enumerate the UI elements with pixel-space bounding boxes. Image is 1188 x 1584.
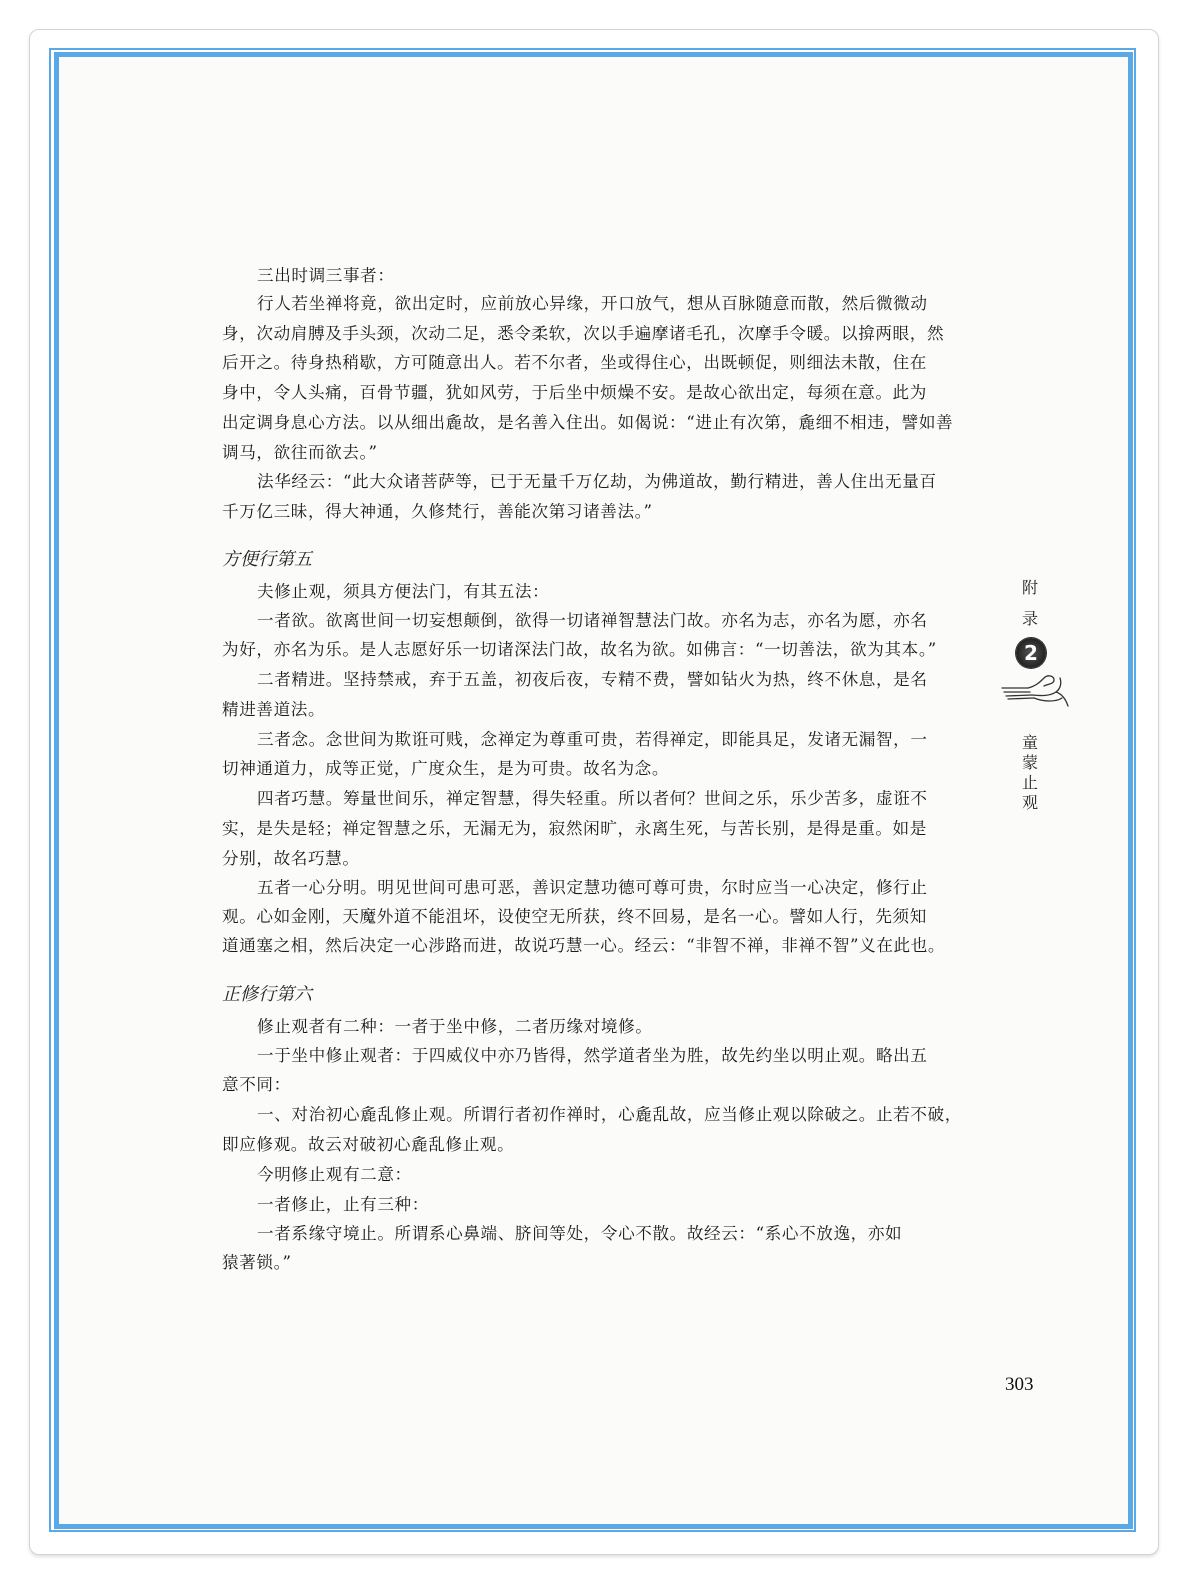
text-line: 猿著锁。” [222, 1252, 982, 1274]
text-line: 千万亿三昧，得大神通，久修梵行，善能次第习诸善法。” [222, 501, 982, 523]
text-line: 分别，故名巧慧。 [222, 848, 982, 870]
text-line: 身，次动肩膊及手头颈，次动二足，悉令柔软，次以手遍摩诸毛孔，次摩手令暖。以揜两眼… [222, 323, 982, 345]
page-number: 303 [1005, 1374, 1034, 1396]
text-line: 四者巧慧。筹量世间乐，禅定智慧，得失轻重。所以者何？世间之乐，乐少苦多，虚诳不 [257, 788, 1017, 810]
text-line: 行人若坐禅将竟，欲出定时，应前放心异缘，开口放气，想从百脉随意而散，然后微微动 [257, 293, 1017, 315]
open-hand-icon [998, 668, 1072, 708]
text-line: 为好，亦名为乐。是人志愿好乐一切诸深法门故，故名为欲。如佛言：“一切善法，欲为其… [222, 639, 982, 661]
text-line: 一于坐中修止观者：于四威仪中亦乃皆得，然学道者坐为胜，故先约坐以明止观。略出五 [257, 1045, 1017, 1067]
section-heading: 方便行第五 [222, 548, 312, 572]
text-line: 一者欲。欲离世间一切妄想颠倒，欲得一切诸禅智慧法门故。亦名为志，亦名为愿，亦名 [257, 610, 1017, 632]
text-line: 三出时调三事者： [257, 265, 1017, 287]
text-line: 精进善道法。 [222, 699, 982, 721]
side-tab-label-1: 附 [1015, 575, 1045, 598]
text-line: 一、对治初心麁乱修止观。所谓行者初作禅时，心麁乱故，应当修止观以除破之。止若不破… [257, 1104, 1017, 1126]
text-line: 三者念。念世间为欺诳可贱，念禅定为尊重可贵，若得禅定，即能具足，发诸无漏智，一 [257, 729, 1017, 751]
book-title-char: 观 [1015, 790, 1045, 813]
text-line: 后开之。待身热稍歇，方可随意出人。若不尔者，坐或得住心，出既顿促，则细法未散，住… [222, 352, 982, 374]
text-line: 出定调身息心方法。以从细出麁故，是名善入住出。如偈说：“进止有次第，麁细不相违，… [222, 412, 982, 434]
side-tab-label-2: 录 [1015, 606, 1045, 629]
text-line: 二者精进。坚持禁戒，弃于五盖，初夜后夜，专精不费，譬如钻火为热，终不休息，是名 [257, 669, 1017, 691]
text-line: 身中，令人头痛，百骨节疆，犹如风劳，于后坐中烦燥不安。是故心欲出定，每须在意。此… [222, 382, 982, 404]
text-line: 今明修止观有二意： [257, 1164, 1017, 1186]
text-line: 即应修观。故云对破初心麁乱修止观。 [222, 1134, 982, 1156]
section-heading: 正修行第六 [222, 983, 312, 1007]
appendix-number-badge: 2 [1016, 638, 1046, 668]
text-line: 调马，欲往而欲去。” [222, 442, 982, 464]
text-line: 五者一心分明。明见世间可患可恶，善识定慧功德可尊可贵，尔时应当一心决定，修行止 [257, 877, 1017, 899]
text-line: 夫修止观，须具方便法门，有其五法： [257, 581, 1017, 603]
text-line: 切神通道力，成等正觉，广度众生，是为可贵。故名为念。 [222, 758, 982, 780]
text-line: 观。心如金刚，天魔外道不能沮坏，设使空无所获，终不回易，是名一心。譬如人行，先须… [222, 906, 982, 928]
text-line: 修止观者有二种：一者于坐中修，二者历缘对境修。 [257, 1016, 1017, 1038]
text-line: 一者系缘守境止。所谓系心鼻端、脐间等处，令心不散。故经云：“系心不放逸，亦如 [257, 1223, 1017, 1245]
text-line: 意不同： [222, 1074, 982, 1096]
text-line: 法华经云：“此大众诸菩萨等，已于无量千万亿劫，为佛道故，勤行精进，善人住出无量百 [257, 471, 1017, 493]
text-line: 一者修止，止有三种： [257, 1194, 1017, 1216]
text-line: 道通塞之相，然后决定一心涉路而进，故说巧慧一心。经云：“非智不禅，非禅不智”义在… [222, 935, 982, 957]
text-line: 实，是失是轻；禅定智慧之乐，无漏无为，寂然闲旷，永离生死，与苦长别，是得是重。如… [222, 818, 982, 840]
